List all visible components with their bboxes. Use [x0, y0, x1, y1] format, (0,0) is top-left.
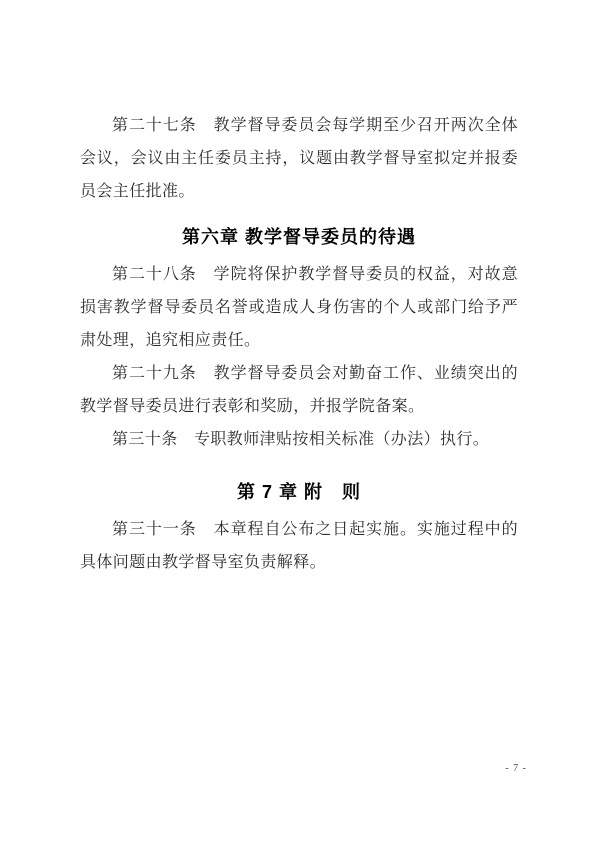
chapter-6-heading: 第六章 教学督导委员的待遇: [80, 221, 518, 254]
page-number: - 7 -: [505, 763, 527, 775]
article-31-paragraph: 第三十一条 本章程自公布之日起实施。实施过程中的具体问题由教学督导室负责解释。: [80, 513, 518, 579]
article-28-paragraph: 第二十八条 学院将保护教学督导委员的权益，对故意损害教学督导委员名誉或造成人身伤…: [80, 258, 518, 357]
document-page: 第二十七条 教学督导委员会每学期至少召开两次全体会议，会议由主任委员主持，议题由…: [0, 0, 600, 849]
article-30-paragraph: 第三十条 专职教师津贴按相关标准（办法）执行。: [80, 423, 518, 456]
document-content: 第二十七条 教学督导委员会每学期至少召开两次全体会议，会议由主任委员主持，议题由…: [80, 109, 518, 579]
article-29-paragraph: 第二十九条 教学督导委员会对勤奋工作、业绩突出的教学督导委员进行表彰和奖励，并报…: [80, 357, 518, 423]
chapter-7-heading: 第 7 章 附 则: [80, 476, 518, 509]
article-27-paragraph: 第二十七条 教学督导委员会每学期至少召开两次全体会议，会议由主任委员主持，议题由…: [80, 109, 518, 208]
